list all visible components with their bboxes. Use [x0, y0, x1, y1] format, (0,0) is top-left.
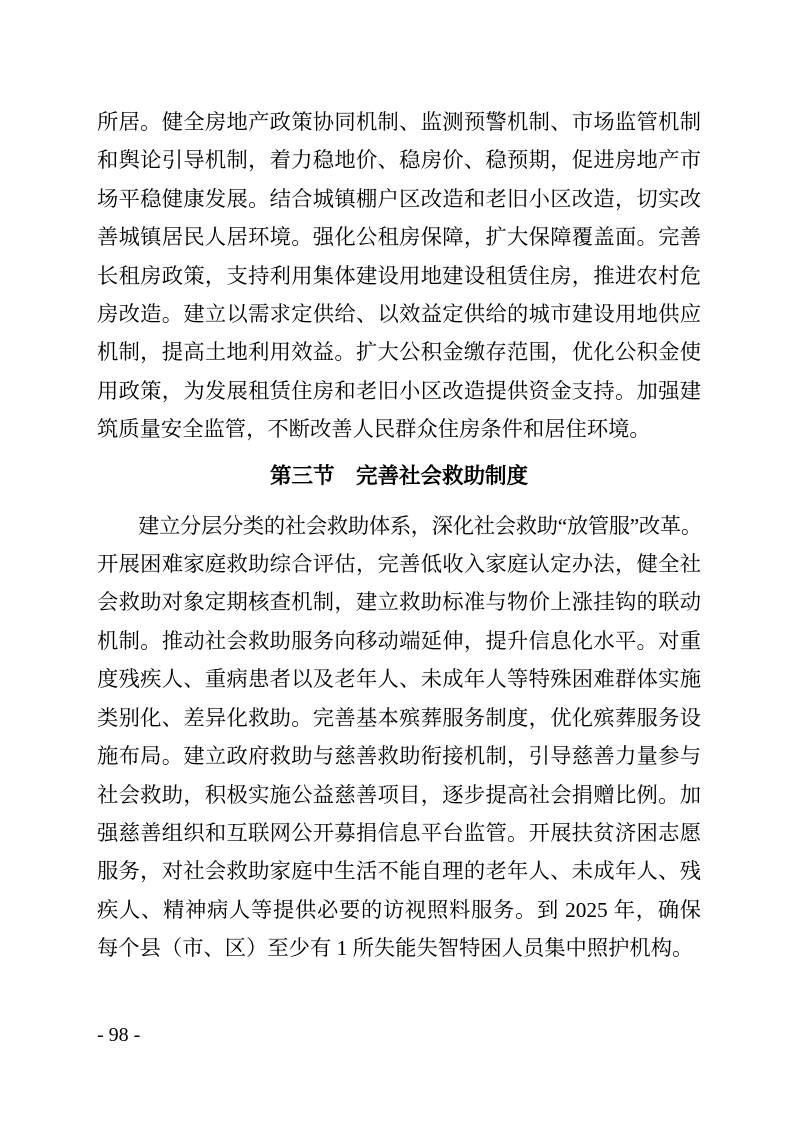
text-line: 机制。推动社会救助服务向移动端延伸，提升信息化水平。对重 [97, 622, 701, 660]
text-line: 施布局。建立政府救助与慈善救助衔接机制，引导慈善力量参与 [97, 737, 701, 775]
text-line: 开展困难家庭救助综合评估，完善低收入家庭认定办法，健全社 [97, 545, 701, 583]
text-line: 所居。健全房地产政策协同机制、监测预警机制、市场监管机制 [97, 103, 701, 141]
paragraph-housing: 所居。健全房地产政策协同机制、监测预警机制、市场监管机制和舆论引导机制，着力稳地… [97, 103, 701, 449]
page-content: 所居。健全房地产政策协同机制、监测预警机制、市场监管机制和舆论引导机制，着力稳地… [97, 103, 701, 968]
text-line: 用政策，为发展租赁住房和老旧小区改造提供资金支持。加强建 [97, 372, 701, 410]
text-line: 场平稳健康发展。结合城镇棚户区改造和老旧小区改造，切实改 [97, 180, 701, 218]
text-line: 度残疾人、重病患者以及老年人、未成年人等特殊困难群体实施 [97, 660, 701, 698]
text-line: 建立分层分类的社会救助体系，深化社会救助“放管服”改革。 [97, 507, 701, 545]
text-line: 服务，对社会救助家庭中生活不能自理的老年人、未成年人、残 [97, 852, 701, 890]
text-line: 机制，提高土地利用效益。扩大公积金缴存范围，优化公积金使 [97, 333, 701, 371]
page-number: - 98 - [97, 1022, 140, 1048]
text-line: 社会救助，积极实施公益慈善项目，逐步提高社会捐赠比例。加 [97, 776, 701, 814]
text-line: 类别化、差异化救助。完善基本殡葬服务制度，优化殡葬服务设 [97, 699, 701, 737]
text-line: 强慈善组织和互联网公开募捐信息平台监管。开展扶贫济困志愿 [97, 814, 701, 852]
text-line: 善城镇居民人居环境。强化公租房保障，扩大保障覆盖面。完善 [97, 218, 701, 256]
text-line: 每个县（市、区）至少有 1 所失能失智特困人员集中照护机构。 [97, 929, 701, 967]
paragraph-social-assistance: 建立分层分类的社会救助体系，深化社会救助“放管服”改革。开展困难家庭救助综合评估… [97, 507, 701, 968]
text-line: 长租房政策，支持利用集体建设用地建设租赁住房，推进农村危 [97, 257, 701, 295]
text-line: 疾人、精神病人等提供必要的访视照料服务。到 2025 年，确保 [97, 891, 701, 929]
text-line: 会救助对象定期核查机制，建立救助标准与物价上涨挂钩的联动 [97, 583, 701, 621]
text-line: 筑质量安全监管，不断改善人民群众住房条件和居住环境。 [97, 410, 701, 448]
text-line: 房改造。建立以需求定供给、以效益定供给的城市建设用地供应 [97, 295, 701, 333]
document-page: 所居。健全房地产政策协同机制、监测预警机制、市场监管机制和舆论引导机制，着力稳地… [0, 0, 793, 1122]
text-line: 和舆论引导机制，着力稳地价、稳房价、稳预期，促进房地产市 [97, 141, 701, 179]
section-heading: 第三节 完善社会救助制度 [97, 455, 701, 497]
